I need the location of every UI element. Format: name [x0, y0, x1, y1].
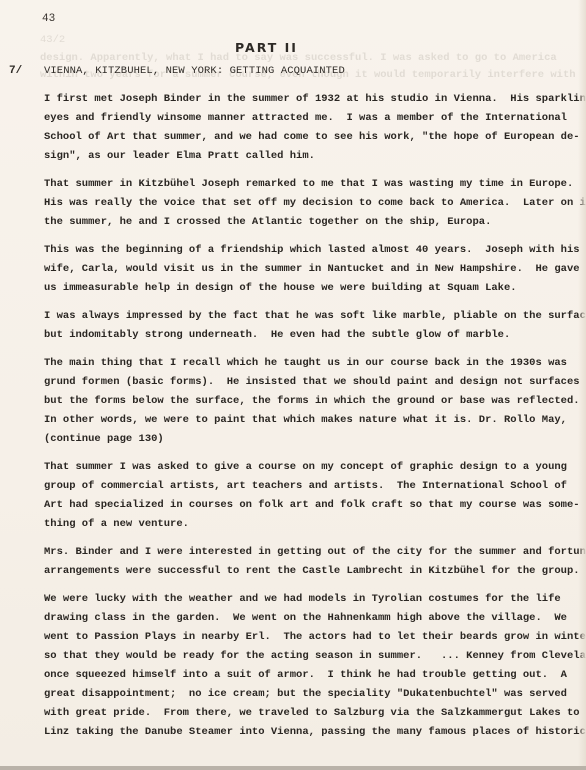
text-line: The main thing that I recall which he ta…: [44, 354, 586, 373]
text-line: sign", as our leader Elma Pratt called h…: [44, 147, 586, 166]
chapter-title: VIENNA, KITZBUHEL, NEW YORK: GETTING ACQ…: [44, 65, 345, 77]
part-heading: PART II: [235, 40, 298, 55]
chapter-number: 7/: [9, 65, 22, 77]
text-line: Art had specialized in courses on folk a…: [44, 496, 586, 515]
text-line: group of commercial artists, art teacher…: [44, 477, 586, 496]
text-line: us immeasurable help in design of the ho…: [44, 279, 586, 298]
text-line: but indomitably strong underneath. He ev…: [44, 326, 586, 345]
paragraph: This was the beginning of a friendship w…: [44, 241, 586, 298]
text-line: grund formen (basic forms). He insisted …: [44, 373, 586, 392]
text-line: arrangements were successful to rent the…: [44, 562, 586, 581]
text-line: Linz taking the Danube Steamer into Vien…: [44, 723, 586, 742]
paragraph: That summer in Kitzbühel Joseph remarked…: [44, 175, 586, 232]
text-line: thing of a new venture.: [44, 515, 586, 534]
text-line: We were lucky with the weather and we ha…: [44, 590, 586, 609]
paragraph: I first met Joseph Binder in the summer …: [44, 90, 586, 166]
page-bottom-edge: [0, 766, 586, 770]
bleed-through-line-1: design. Apparently, what I had to say wa…: [40, 52, 557, 64]
text-line: School of Art that summer, and we had co…: [44, 128, 586, 147]
text-line: the summer, he and I crossed the Atlanti…: [44, 213, 586, 232]
text-line: His was really the voice that set off my…: [44, 194, 586, 213]
paragraph: That summer I was asked to give a course…: [44, 458, 586, 534]
text-line: I first met Joseph Binder in the summer …: [44, 90, 586, 109]
paragraph: The main thing that I recall which he ta…: [44, 354, 586, 449]
text-line: This was the beginning of a friendship w…: [44, 241, 586, 260]
text-line: great disappointment; no ice cream; but …: [44, 685, 586, 704]
text-line: so that they would be ready for the acti…: [44, 647, 586, 666]
paragraph: We were lucky with the weather and we ha…: [44, 590, 586, 742]
text-line: with great pride. From there, we travele…: [44, 704, 586, 723]
page-number: 43: [42, 13, 55, 25]
page-edge: [578, 0, 586, 766]
text-line: went to Passion Plays in nearby Erl. The…: [44, 628, 586, 647]
text-line: Mrs. Binder and I were interested in get…: [44, 543, 586, 562]
paragraph: I was always impressed by the fact that …: [44, 307, 586, 345]
document-page: 43/2 design. Apparently, what I had to s…: [0, 0, 586, 766]
text-line: (continue page 130): [44, 430, 586, 449]
text-line: drawing class in the garden. We went on …: [44, 609, 586, 628]
text-line: That summer in Kitzbühel Joseph remarked…: [44, 175, 586, 194]
bleed-through-page-ref: 43/2: [40, 34, 65, 46]
paragraph: Mrs. Binder and I were interested in get…: [44, 543, 586, 581]
text-line: I was always impressed by the fact that …: [44, 307, 586, 326]
text-line: but the forms below the surface, the for…: [44, 392, 586, 411]
body-text: I first met Joseph Binder in the summer …: [44, 90, 586, 751]
text-line: In other words, we were to paint that wh…: [44, 411, 586, 430]
text-line: once squeezed himself into a suit of arm…: [44, 666, 586, 685]
text-line: That summer I was asked to give a course…: [44, 458, 586, 477]
text-line: wife, Carla, would visit us in the summe…: [44, 260, 586, 279]
text-line: eyes and friendly winsome manner attract…: [44, 109, 586, 128]
